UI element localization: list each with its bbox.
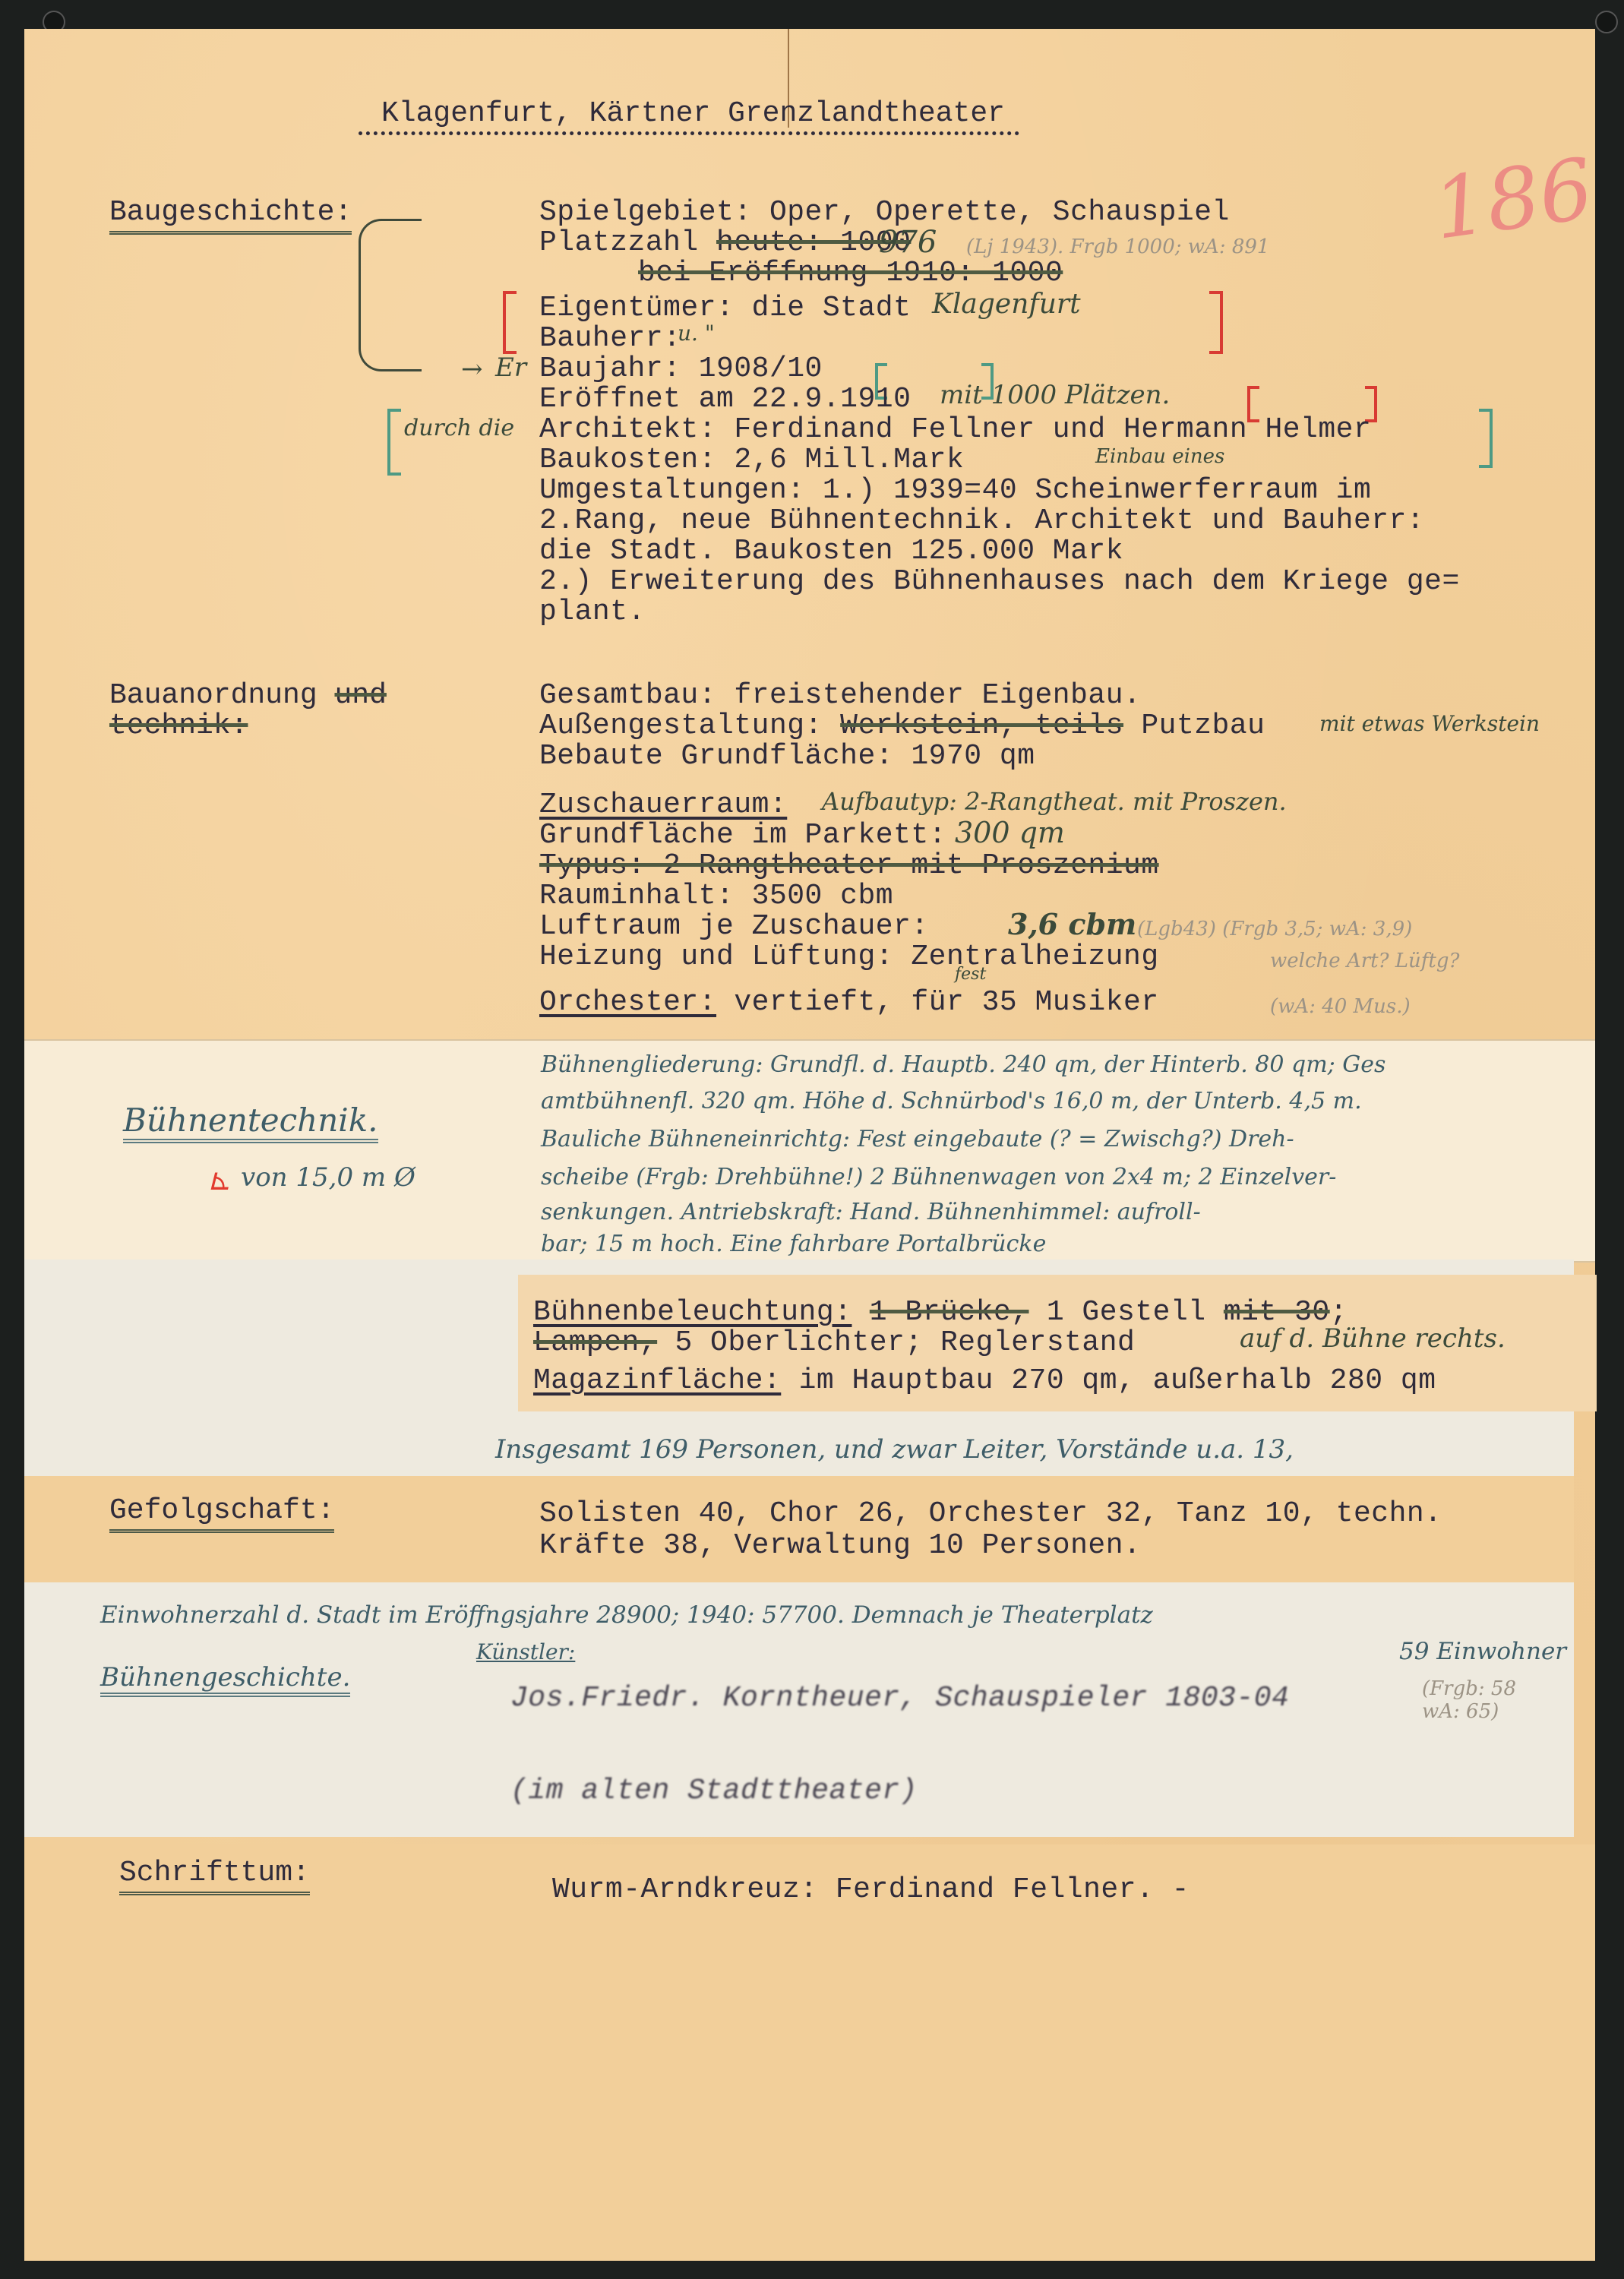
beleuchtung-label: Bühnenbeleuchtung:: [533, 1296, 851, 1329]
red-mark: ⊾: [207, 1162, 232, 1197]
buehnentechnik-line: Bauliche Bühneneinrichtg: Fest eingebaut…: [541, 1126, 1294, 1152]
rauminhalt: Rauminhalt: 3500 cbm: [539, 881, 893, 912]
spielgebiet: Spielgebiet: Oper, Operette, Schauspiel: [539, 198, 1230, 228]
orchester: Orchester: vertieft, für 35 Musiker: [539, 988, 1159, 1018]
green-bracket-right: [1479, 409, 1493, 468]
red-bracket-right: [1209, 291, 1223, 354]
luftraum-pencil: (Lgb43) (Frgb 3,5; wA: 3,9): [1137, 918, 1412, 940]
kuenstler-line: Jos.Friedr. Korntheuer, Schauspieler 180…: [510, 1683, 1289, 1714]
baujahr-margin: Er: [495, 352, 526, 383]
orchester-note: fest: [955, 965, 986, 984]
platzzahl-correction: 976: [879, 225, 937, 260]
zuschauerraum-note: Aufbautyp: 2-Rangtheat. mit Proszen.: [822, 787, 1287, 816]
grundflaeche-parkett: Grundfläche im Parkett:: [539, 820, 946, 851]
gefolgschaft-note: Insgesamt 169 Personen, und zwar Leiter,…: [495, 1434, 1294, 1465]
grundflaeche-value: 300 qm: [955, 816, 1065, 849]
beleuchtung-line: Bühnenbeleuchtung: 1 Brücke, 1 Gestell m…: [533, 1298, 1348, 1328]
arrow-connector: [359, 219, 422, 371]
bauherr: Bauherr:: [539, 324, 681, 354]
eigentuemer-city: Klagenfurt: [932, 289, 1081, 320]
beleuchtung-struck: 1 Brücke,: [870, 1296, 1029, 1329]
document-title: Klagenfurt, Kärtner Grenzlandtheater: [381, 97, 1005, 130]
kuenstler-line-2: (im alten Stadttheater): [510, 1776, 918, 1806]
orchester-label: Orchester:: [539, 986, 716, 1019]
umgestaltung-note: Einbau eines: [1095, 445, 1224, 468]
bauherr-note: u. ": [678, 321, 715, 346]
orchester-pencil: (wA: 40 Mus.): [1270, 995, 1411, 1018]
magazin-line: Magazinfläche: im Hauptbau 270 qm, außer…: [533, 1366, 1436, 1396]
einwohner-pencil: (Frgb: 58 wA: 65): [1422, 1677, 1536, 1723]
magazin-text: im Hauptbau 270 qm, außerhalb 280 qm: [781, 1364, 1436, 1397]
section-label-baugeschichte: Baugeschichte:: [109, 198, 352, 235]
red-bracket-left: [503, 291, 517, 354]
buehnentechnik-line: amtbühnenfl. 320 qm. Höhe d. Schnürbod's…: [541, 1088, 1362, 1114]
umgestaltungen-line: 2.) Erweiterung des Bühnenhauses nach de…: [539, 567, 1460, 597]
buehnentechnik-sub: von 15,0 m Ø: [241, 1162, 415, 1193]
beleuchtung-line2: Lampen, 5 Oberlichter; Reglerstand: [533, 1328, 1153, 1358]
buehnentechnik-line: scheibe (Frgb: Drehbühne!) 2 Bühnenwagen…: [541, 1164, 1336, 1190]
beleuchtung-struck: Lampen,: [533, 1326, 657, 1359]
pasted-slip-schrifttum: Schrifttum: Wurm-Arndkreuz: Ferdinand Fe…: [24, 1844, 1595, 2261]
gefolgschaft-line: Solisten 40, Chor 26, Orchester 32, Tanz…: [539, 1499, 1442, 1529]
zuschauerraum-label: Zuschauerraum:: [539, 790, 787, 820]
section-label-technik-struck: technik:: [109, 711, 248, 741]
title-underline: [359, 131, 1019, 135]
arrow-head: →: [461, 354, 483, 384]
gesamtbau: Gesamtbau: freistehender Eigenbau.: [539, 681, 1141, 711]
aussengestaltung: Außengestaltung: Werkstein, teils Putzba…: [539, 711, 1265, 741]
umgestaltungen-line: 2.Rang, neue Bühnentechnik. Architekt un…: [539, 506, 1424, 536]
page-number: 186: [1427, 140, 1599, 258]
green-bracket-left: [387, 409, 401, 476]
luftraum-value: 3,6 cbm: [1008, 907, 1136, 941]
eigentuemer: Eigentümer: die Stadt: [539, 293, 911, 324]
label-struck: und: [334, 679, 386, 712]
section-label-gefolgschaft: Gefolgschaft:: [109, 1496, 334, 1533]
pasted-slip-buehnentechnik: Bühnentechnik. ⊾ von 15,0 m Ø Bühnenglie…: [24, 1039, 1595, 1263]
magazin-label: Magazinfläche:: [533, 1364, 781, 1397]
bebaute-grundflaeche: Bebaute Grundfläche: 1970 qm: [539, 741, 1035, 772]
luftraum: Luftraum je Zuschauer:: [539, 912, 929, 942]
baukosten: Baukosten: 2,6 Mill.Mark: [539, 445, 964, 476]
platzzahl-pencil-note: (Lj 1943). Frgb 1000; wA: 891: [966, 235, 1269, 258]
pasted-slip-gefolgschaft: Gefolgschaft: Solisten 40, Chor 26, Orch…: [24, 1476, 1574, 1582]
heizung: Heizung und Lüftung: Zentralheizung: [539, 942, 1159, 972]
aussen-struck: Werkstein, teils: [840, 710, 1123, 742]
label-text: Bauanordnung: [109, 679, 318, 712]
eroeffnung-struck: bei Eröffnung 1910: 1000: [638, 258, 1063, 289]
document-page: Klagenfurt, Kärtner Grenzlandtheater 186…: [24, 29, 1595, 2261]
reglerstand-note: auf d. Bühne rechts.: [1240, 1323, 1506, 1354]
heizung-pencil: welche Art? Lüftg?: [1270, 950, 1459, 972]
architekt: Architekt: Ferdinand Fellner und Hermann…: [539, 415, 1371, 445]
aussen-label: Außengestaltung:: [539, 710, 840, 742]
baujahr: Baujahr: 1908/10: [539, 354, 823, 384]
orchester-text: vertieft, für 35 Musiker: [716, 986, 1159, 1019]
section-label-buehnengeschichte: Bühnengeschichte.: [100, 1662, 350, 1697]
einwohner-note-2: 59 Einwohner: [1399, 1638, 1566, 1665]
buehnentechnik-line: senkungen. Antriebskraft: Hand. Bühnenhi…: [541, 1199, 1201, 1225]
schrifttum-text: Wurm-Arndkreuz: Ferdinand Fellner. -: [552, 1875, 1190, 1905]
kuenstler-label: Künstler:: [476, 1639, 575, 1664]
section-label-buehnentechnik: Bühnentechnik.: [123, 1102, 378, 1143]
umgestaltungen-line: die Stadt. Baukosten 125.000 Mark: [539, 536, 1123, 567]
beleuchtung-text: 1 Gestell: [1029, 1296, 1224, 1329]
buehnentechnik-line: Bühnengliederung: Grundfl. d. Hauptb. 24…: [541, 1051, 1385, 1078]
platzzahl-label: Platzzahl: [539, 226, 716, 259]
aussen-suffix: Putzbau: [1123, 710, 1265, 742]
gefolgschaft-line: Kräfte 38, Verwaltung 10 Personen.: [539, 1531, 1141, 1561]
umgestaltungen-line: Umgestaltungen: 1.) 1939=40 Scheinwerfer…: [539, 476, 1371, 506]
eroeffnet-note: mit 1000 Plätzen.: [940, 380, 1170, 410]
typus-struck: Typus: 2-Rangtheater mit Proszenium: [539, 851, 1159, 881]
einwohner-note: Einwohnerzahl d. Stadt im Eröffngsjahre …: [100, 1601, 1153, 1629]
buehnentechnik-line: bar; 15 m hoch. Eine fahrbare Portalbrüc…: [541, 1231, 1046, 1257]
eroeffnet: Eröffnet am 22.9.1910: [539, 384, 911, 415]
section-label-bauanordnung: Bauanordnung und: [109, 681, 387, 711]
architekt-margin: durch die: [404, 415, 514, 441]
aussen-note: mit etwas Werkstein: [1319, 711, 1562, 736]
pasted-slip-beleuchtung: Bühnenbeleuchtung: 1 Brücke, 1 Gestell m…: [518, 1275, 1597, 1411]
binder-hole: [1595, 11, 1618, 33]
section-label-schrifttum: Schrifttum:: [119, 1858, 310, 1895]
platzzahl-line: Platzzahl heute: 1000: [539, 228, 911, 258]
beleuchtung-text: 5 Oberlichter; Reglerstand: [657, 1326, 1153, 1359]
umgestaltungen-line: plant.: [539, 597, 646, 627]
